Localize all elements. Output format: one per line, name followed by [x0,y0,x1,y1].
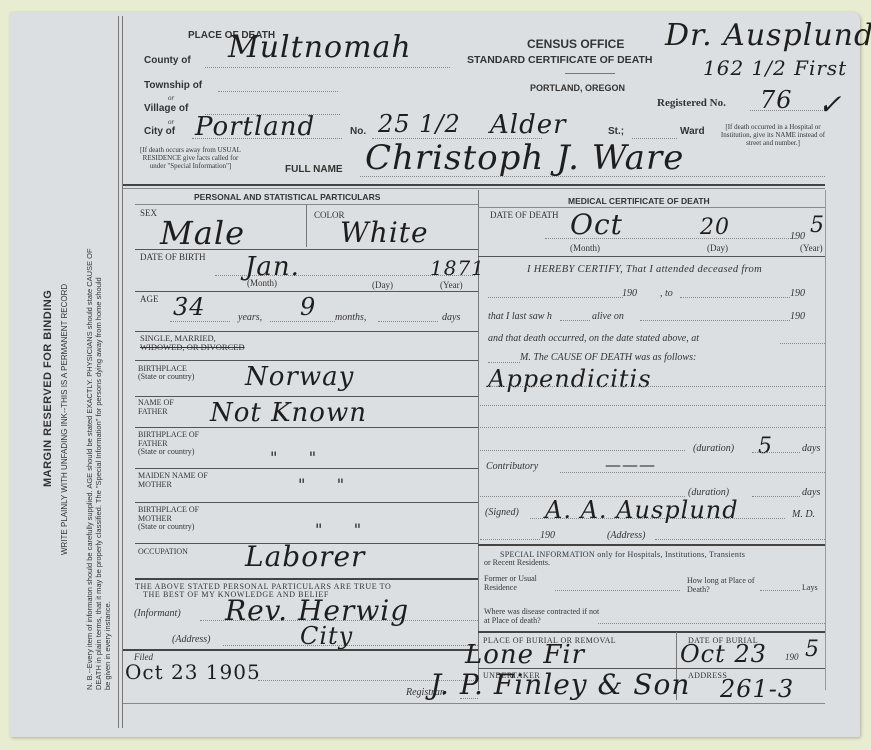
county-field[interactable] [205,67,450,68]
burial-place-value: Lone Fir [465,640,585,670]
marital-line2: WIDOWED, OR DIVORCED [140,342,245,352]
father-birthplace-value: " " [270,448,317,467]
residence-note: [If death occurs away from USUAL RESIDEN… [138,146,243,170]
dod-year-caption: (Year) [800,243,823,253]
certify-statement: I HEREBY CERTIFY, That I attended deceas… [527,264,762,275]
contributory-label: Contributory [486,461,538,472]
header-divider [123,184,825,186]
alive-on-year: 190 [790,311,805,322]
township-field[interactable] [218,91,338,92]
full-name-value: Christoph J. Ware [365,138,684,178]
mother-birthplace-value: " " [315,520,362,539]
occupation-value: Laborer [245,540,365,573]
informant-label: (Informant) [134,608,181,619]
dod-month-caption: (Month) [570,243,600,253]
county-label: County of [144,55,191,66]
medical-section-title: MEDICAL CERTIFICATE OF DEATH [568,196,710,206]
attended-to-field[interactable] [680,297,790,298]
how-long-label: How long at Place of Death? [687,576,767,594]
last-saw-label: that I last saw h [488,311,552,322]
duration-days-label: days [802,443,820,454]
margin-note-line1: N. B.--Every item of informaton should b… [85,248,94,690]
frame-left-border-inner [122,16,123,728]
header-divider-2 [123,188,825,189]
row-rule [135,360,478,361]
contributory-duration-field[interactable] [752,496,800,497]
contributory-days-label: days [802,487,820,498]
full-name-label: FULL NAME [285,164,343,175]
title-rule [565,73,615,74]
cause-line-1[interactable] [488,386,825,387]
attended-to-label: , to [660,288,673,299]
row-rule-thick [478,631,825,633]
former-residence-field[interactable] [555,590,680,591]
sex-value: Male [160,214,245,252]
checkmark-icon: ✓ [818,88,842,121]
street-name-value: Alder [490,110,567,140]
duration-label: (duration) [693,443,734,454]
cause-line-2[interactable] [480,405,825,406]
md-label: M. D. [792,509,815,520]
street-label: St.; [608,126,624,137]
attended-to-year: 190 [790,288,805,299]
undertaker-value: J. P. Finley & Son [430,668,690,701]
father-birthplace-caption: (State or country) [138,447,194,456]
row-rule [478,256,825,257]
attended-from-year: 190 [622,288,637,299]
ward-label: Ward [680,126,705,137]
informant-address-label: (Address) [172,634,211,645]
right-border [825,190,826,690]
row-rule [135,249,478,250]
months-caption: months, [335,312,366,323]
years-caption: years, [238,312,262,323]
age-years-field[interactable] [170,321,230,322]
margin-ink-notice: WRITE PLAINLY WITH UNFADING INK--THIS IS… [60,284,69,555]
disease-contracted-label: Where was disease contracted if not at P… [484,607,604,625]
annotation-address: 162 1/2 First [703,56,847,80]
row-rule [135,468,478,469]
row-rule-thick [478,544,825,546]
margin-note-line2: DEATH in plain terms, that it may be pro… [94,277,103,690]
frame-left-border [118,16,119,728]
color-value: White [340,216,429,249]
attended-from-field[interactable] [488,297,623,298]
duration-field[interactable] [752,452,800,453]
father-birthplace-label: BIRTHPLACE OF FATHER [138,430,213,448]
age-days-field[interactable] [378,321,438,322]
age-months-value: 9 [300,293,316,321]
cause-statement: M. The CAUSE OF DEATH was as follows: [520,352,696,363]
sex-color-divider [306,205,307,247]
occurred-statement: and that death occurred, on the date sta… [488,333,699,344]
special-info-line2: or Recent Residents. [484,558,550,567]
location-label: PORTLAND, OREGON [530,83,625,93]
contributory-value: ——— [605,455,656,474]
father-name-value: Not Known [210,398,367,428]
registered-number-value: 76 [760,86,793,114]
city-value: Portland [195,112,315,142]
burial-year-prefix: 190 [785,652,799,662]
row-rule [135,331,478,332]
occupation-label: OCCUPATION [138,547,188,556]
date-of-death-label: DATE OF DEATH [490,210,559,220]
registered-number-label: Registered No. [657,97,726,109]
mother-maiden-name-value: " " [298,475,345,494]
alive-on-field[interactable] [640,320,790,321]
date-of-death-year-suffix: 5 [810,213,825,238]
census-office-title: CENSUS OFFICE [527,37,624,51]
last-saw-field[interactable] [560,320,590,321]
lays-label: Lays [802,583,818,592]
county-value: Multnomah [228,30,412,65]
row-rule [135,396,478,397]
sex-label: SEX [140,208,157,218]
street-number-label: No. [350,126,366,137]
father-name-label: NAME OF FATHER [138,398,198,416]
former-residence-label: Former or Usual Residence [484,574,559,592]
duration-value: 5 [758,434,773,459]
days-caption: days [442,312,460,323]
cause-of-death-value: Appendicitis [488,365,652,393]
undertaker-address-value: 261-3 [720,675,794,703]
occurred-at-field[interactable] [780,343,825,344]
annotation-doctor: Dr. Ausplund [665,18,871,53]
mother-maiden-name-label: MAIDEN NAME OF MOTHER [138,471,218,489]
contributory-field[interactable] [560,472,825,473]
date-of-death-year-prefix: 190 [790,231,805,242]
village-label: Village of [144,103,188,114]
physician-address-field[interactable] [655,539,825,540]
row-rule-thick [123,649,478,651]
cause-line-3[interactable] [480,427,825,428]
age-months-field[interactable] [270,321,335,322]
certificate-title: STANDARD CERTIFICATE OF DEATH [467,54,653,66]
age-label: AGE [140,294,159,304]
bottom-rule [123,703,825,704]
dob-year-caption: (Year) [440,280,463,290]
personal-section-title: PERSONAL AND STATISTICAL PARTICULARS [194,192,380,202]
dob-label: DATE OF BIRTH [140,252,205,262]
age-years-value: 34 [173,293,206,321]
or-label-1: or [168,94,174,102]
dod-day-caption: (Day) [707,243,728,253]
mother-birthplace-caption: (State or country) [138,522,194,531]
dob-month-caption: (Month) [247,278,277,288]
signed-value: A. A. Ausplund [545,496,739,524]
dob-day-caption: (Day) [372,280,393,290]
row-rule [135,502,478,503]
how-long-field[interactable] [760,590,800,591]
dob-year-value: 1871 [430,256,485,280]
date-of-death-month: Oct [570,208,623,241]
township-label: Township of [144,80,202,91]
row-rule-thick [135,578,478,580]
ward-note: [If death occurred in a Hospital or Inst… [718,123,828,147]
or-label-2: or [168,118,174,126]
row-rule [135,291,478,292]
burial-year-suffix: 5 [805,637,820,662]
signed-label: (Signed) [485,507,519,518]
birthplace-caption: (State or country) [138,372,194,381]
disease-contracted-field[interactable] [598,623,825,624]
street-number-value: 25 1/2 [378,110,461,138]
hour-field[interactable] [488,362,520,363]
signed-year-label: 190 [540,530,555,541]
physician-address-label: (Address) [607,530,646,541]
city-label: City of [144,126,175,137]
filed-value: Oct 23 1905 [125,660,261,684]
alive-on-label: alive on [592,311,624,322]
row-rule [135,427,478,428]
informant-address-value: City [300,622,353,650]
date-of-death-day: 20 [700,215,730,240]
burial-date-value: Oct 23 [680,640,767,668]
margin-note-line3: be given in every instance. [103,601,112,690]
margin-binding-label: MARGIN RESERVED FOR BINDING [42,290,54,487]
cause-line-4[interactable] [480,450,685,451]
mother-birthplace-label: BIRTHPLACE OF MOTHER [138,505,218,523]
birthplace-value: Norway [245,362,354,392]
signed-date-field[interactable] [480,539,540,540]
medical-title-rule [478,207,825,208]
